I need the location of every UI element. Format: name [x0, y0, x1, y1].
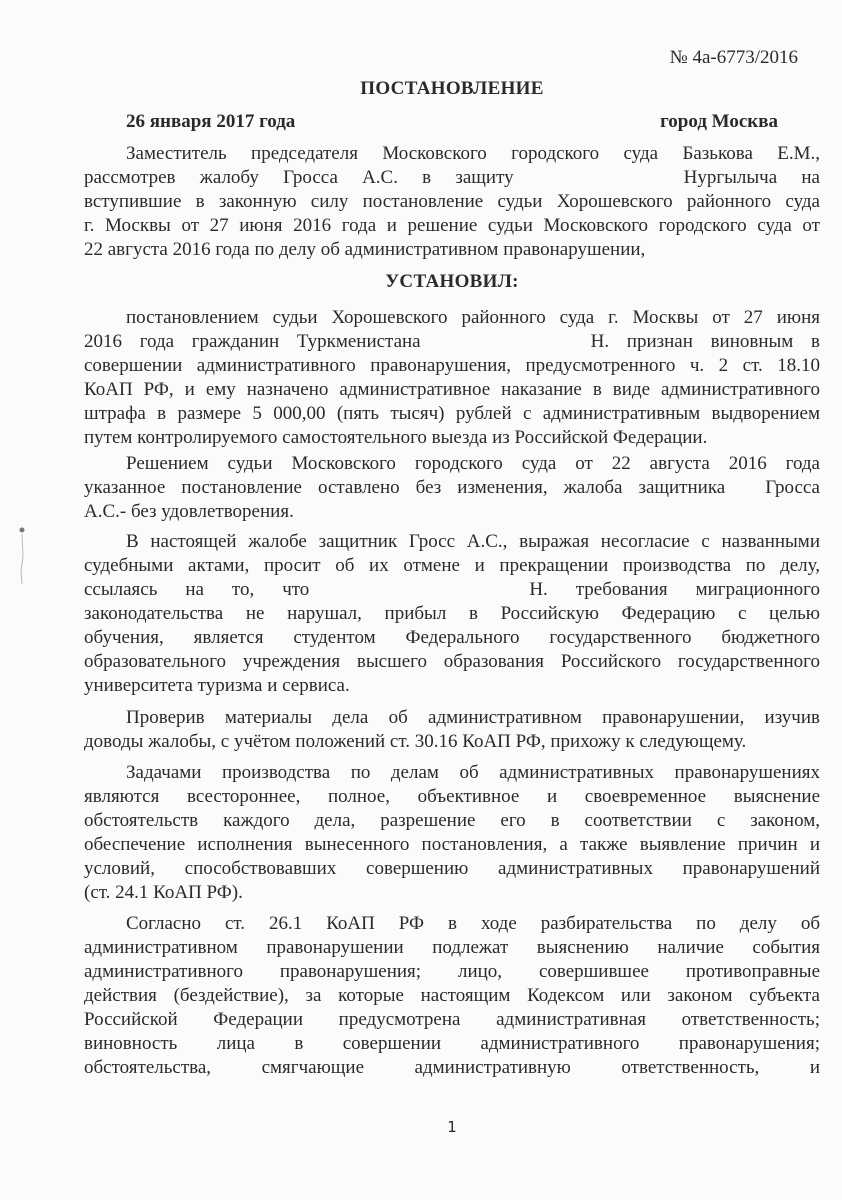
- text-line: совершении административного правонаруше…: [84, 354, 820, 378]
- document-city: город Москва: [660, 111, 778, 133]
- text-line: являются всестороннее, полное, объективн…: [84, 785, 820, 809]
- text-line: вступившие в законную силу постановление…: [84, 190, 820, 214]
- text-line: Согласно ст. 26.1 КоАП РФ в ходе разбира…: [84, 912, 820, 936]
- text-line: г. Москвы от 27 июня 2016 года и решение…: [84, 214, 820, 238]
- text-line: обстоятельств каждого дела, разрешение е…: [84, 809, 820, 833]
- text-line: виновность лица в совершении администрат…: [84, 1032, 820, 1056]
- text-line: рассмотрев жалобу Гросса А.С. в защитуНу…: [84, 166, 820, 190]
- section-title: УСТАНОВИЛ:: [84, 271, 820, 293]
- paragraph-complaint: В настоящей жалобе защитник Гросс А.С., …: [84, 530, 820, 698]
- text-line: условий, способствовавших совершению адм…: [84, 857, 820, 881]
- text-line: штрафа в размере 5 000,00 (пять тысяч) р…: [84, 402, 820, 426]
- text-line: 2016 года гражданин ТуркменистанаН. приз…: [84, 330, 820, 354]
- case-number: № 4а-6773/2016: [670, 47, 798, 69]
- text-line: действия (бездействие), за которые насто…: [84, 984, 820, 1008]
- page-number: 1: [84, 1118, 820, 1136]
- text-line: законодательства не нарушал, прибыл в Ро…: [84, 602, 820, 626]
- text-line: Проверив материалы дела об административ…: [84, 706, 820, 730]
- text-line: административном правонарушении подлежат…: [84, 936, 820, 960]
- text-line: обеспечение исполнения вынесенного поста…: [84, 833, 820, 857]
- text-line: ссылаясь на то, чтоН. требования миграци…: [84, 578, 820, 602]
- text-line: Заместитель председателя Московского гор…: [84, 142, 820, 166]
- document-date: 26 января 2017 года: [126, 111, 295, 133]
- paragraph-intro: Заместитель председателя Московского гор…: [84, 142, 820, 262]
- text-line: (ст. 24.1 КоАП РФ).: [84, 881, 820, 905]
- text-line: Российской Федерации предусмотрена админ…: [84, 1008, 820, 1032]
- paragraph-tasks: Задачами производства по делам об админи…: [84, 761, 820, 905]
- paragraph-ruling: постановлением судьи Хорошевского районн…: [84, 306, 820, 450]
- text-line: судебными актами, просит об их отмене и …: [84, 554, 820, 578]
- text-line: постановлением судьи Хорошевского районн…: [84, 306, 820, 330]
- text-line: В настоящей жалобе защитник Гросс А.С., …: [84, 530, 820, 554]
- scan-artifact-mark: [18, 526, 26, 586]
- text-line: указанное постановление оставлено без из…: [84, 476, 820, 500]
- text-line: КоАП РФ, и ему назначено административно…: [84, 378, 820, 402]
- paragraph-decision: Решением судьи Московского городского су…: [84, 452, 820, 524]
- text-line: путем контролируемого самостоятельного в…: [84, 426, 820, 450]
- text-line: административного правонарушения; лицо, …: [84, 960, 820, 984]
- text-line: университета туризма и сервиса.: [84, 674, 820, 698]
- text-line: обучения, является студентом Федеральног…: [84, 626, 820, 650]
- text-line: образовательного учреждения высшего обра…: [84, 650, 820, 674]
- text-line: обстоятельства, смягчающие административ…: [84, 1056, 820, 1080]
- text-line: 22 августа 2016 года по делу об админист…: [84, 238, 820, 262]
- paragraph-review: Проверив материалы дела об административ…: [84, 706, 820, 754]
- text-line: Решением судьи Московского городского су…: [84, 452, 820, 476]
- document-title: ПОСТАНОВЛЕНИЕ: [84, 78, 820, 100]
- text-line: доводы жалобы, с учётом положений ст. 30…: [84, 730, 820, 754]
- text-line: А.С.- без удовлетворения.: [84, 500, 820, 524]
- date-city-row: 26 января 2017 года город Москва: [126, 111, 778, 133]
- text-line: Задачами производства по делам об админи…: [84, 761, 820, 785]
- paragraph-article: Согласно ст. 26.1 КоАП РФ в ходе разбира…: [84, 912, 820, 1080]
